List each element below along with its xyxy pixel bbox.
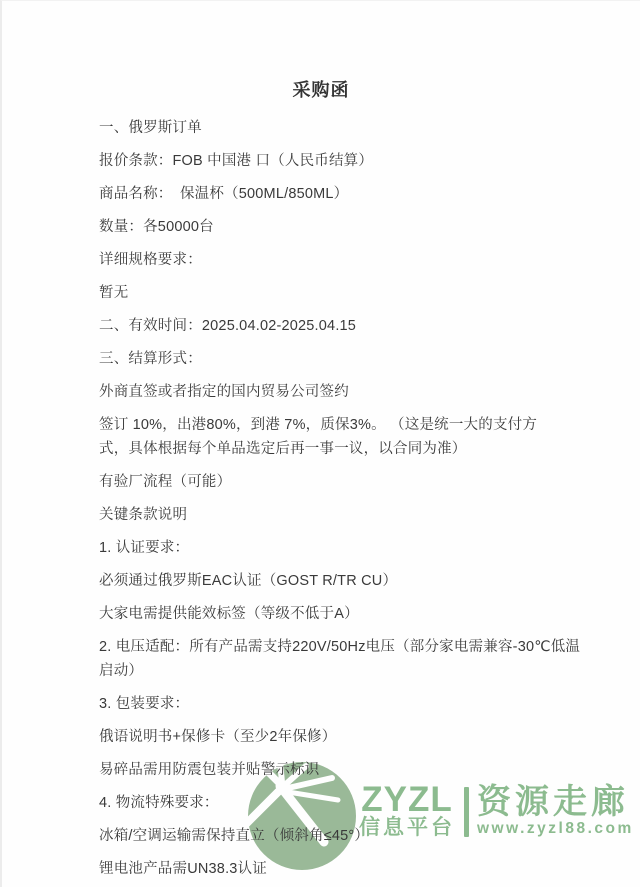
doc-line: 1. 认证要求： — [99, 536, 584, 560]
doc-line: 数量：各50000台 — [99, 215, 584, 239]
doc-line: 2. 电压适配：所有产品需支持220V/50Hz电压（部分家电需兼容-30℃低温… — [99, 635, 584, 683]
doc-line: 俄语说明书+保修卡（至少2年保修） — [99, 725, 584, 749]
doc-line: 4. 物流特殊要求： — [99, 791, 584, 815]
doc-line: 3. 包装要求： — [99, 692, 584, 716]
doc-line: 必须通过俄罗斯EAC认证（GOST R/TR CU） — [99, 569, 584, 593]
doc-line: 报价条款：FOB 中国港 口（人民币结算） — [99, 149, 584, 173]
doc-line: 关键条款说明 — [99, 503, 584, 527]
doc-line: 暂无 — [99, 281, 584, 305]
doc-line: 有验厂流程（可能） — [99, 470, 584, 494]
doc-line: 锂电池产品需UN38.3认证 — [99, 857, 584, 881]
doc-line: 商品名称： 保温杯（500ML/850ML） — [99, 182, 584, 206]
document-content: 采购函 一、俄罗斯订单 报价条款：FOB 中国港 口（人民币结算） 商品名称： … — [2, 1, 640, 887]
doc-line: 易碎品需用防震包装并贴警示标识 — [99, 758, 584, 782]
doc-line: 外商直签或者指定的国内贸易公司签约 — [99, 380, 584, 404]
doc-line: 二、有效时间：2025.04.02-2025.04.15 — [99, 314, 584, 338]
doc-line: 冰箱/空调运输需保持直立（倾斜角≤45°） — [99, 824, 584, 848]
doc-line: 三、结算形式： — [99, 347, 584, 371]
doc-line: 大家电需提供能效标签（等级不低于A） — [99, 602, 584, 626]
doc-line: 签订 10%，出港80%，到港 7%，质保3%。 （这是统一大的支付方式，具体根… — [99, 413, 561, 461]
page-title: 采购函 — [2, 1, 640, 102]
document-body: 一、俄罗斯订单 报价条款：FOB 中国港 口（人民币结算） 商品名称： 保温杯（… — [99, 116, 600, 881]
doc-line: 详细规格要求： — [99, 248, 584, 272]
doc-line: 一、俄罗斯订单 — [99, 116, 584, 140]
document-page: ZYZL 信息平台 资源走廊 www.zyzl88.com 采购函 一、俄罗斯订… — [0, 0, 640, 887]
